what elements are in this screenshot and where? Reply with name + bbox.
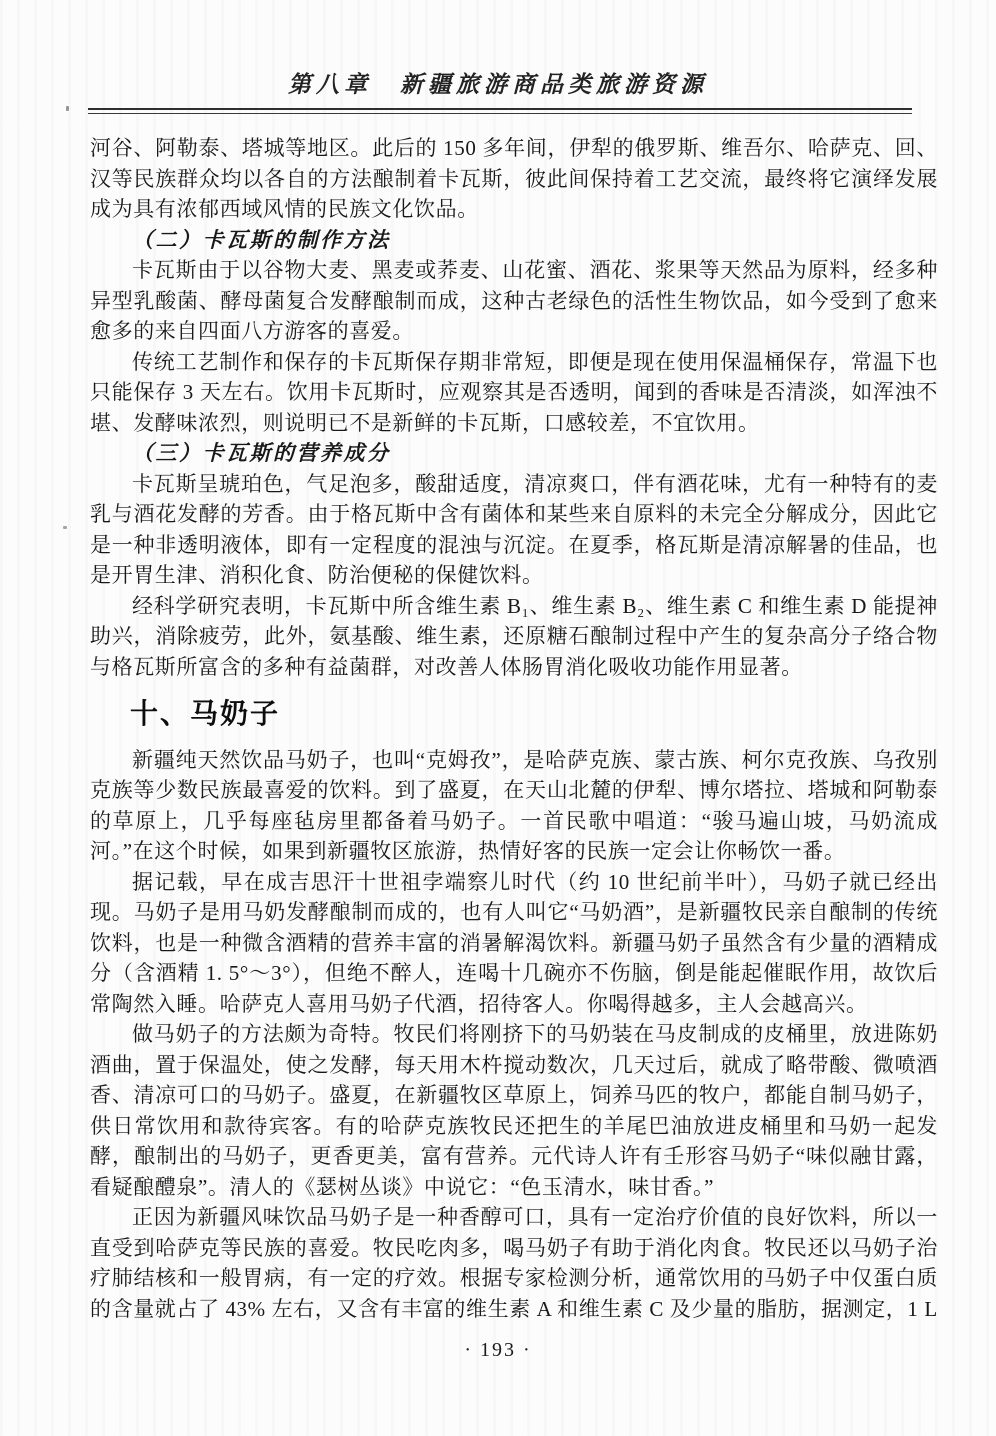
header-double-rule xyxy=(88,108,912,114)
header-rule-top-line xyxy=(88,108,912,110)
page-number: · 193 · xyxy=(0,1339,996,1362)
paragraph-kvass-research: 经科学研究表明，卡瓦斯中所含维生素 B₁、维生素 B₂、维生素 C 和维生素 D… xyxy=(90,591,938,683)
subheading-kvass-making-method: （二）卡瓦斯的制作方法 xyxy=(90,225,938,256)
section-heading-manaizi: 十、马奶子 xyxy=(130,699,938,730)
subheading-kvass-nutrition: （三）卡瓦斯的营养成分 xyxy=(90,438,938,469)
page-body: 河谷、阿勒泰、塔城等地区。此后的 150 多年间，伊犁的俄罗斯、维吾尔、哈萨克、… xyxy=(90,133,938,1324)
paragraph-kvass-history-continuation: 河谷、阿勒泰、塔城等地区。此后的 150 多年间，伊犁的俄罗斯、维吾尔、哈萨克、… xyxy=(90,133,938,225)
scan-speck xyxy=(66,106,69,111)
paragraph-manaizi-intro: 新疆纯天然饮品马奶子，也叫“克姆孜”，是哈萨克族、蒙古族、柯尔克孜族、乌孜别克族… xyxy=(90,745,938,867)
paragraph-kvass-storage: 传统工艺制作和保存的卡瓦斯保存期非常短，即便是现在使用保温桶保存，常温下也只能保… xyxy=(90,347,938,439)
scan-speck xyxy=(63,526,67,529)
running-head-chapter-title: 第八章 新疆旅游商品类旅游资源 xyxy=(0,0,996,99)
paragraph-manaizi-benefit: 正因为新疆风味饮品马奶子是一种香醇可口，具有一定治疗价值的良好饮料，所以一直受到… xyxy=(90,1202,938,1324)
paragraph-kvass-flavor: 卡瓦斯呈琥珀色，气足泡多，酸甜适度，清凉爽口，伴有酒花味，尤有一种特有的麦乳与酒… xyxy=(90,469,938,591)
scanned-book-page: 第八章 新疆旅游商品类旅游资源 河谷、阿勒泰、塔城等地区。此后的 150 多年间… xyxy=(0,0,996,1436)
paragraph-manaizi-making: 做马奶子的方法颇为奇特。牧民们将刚挤下的马奶装在马皮制成的皮桶里，放进陈奶酒曲，… xyxy=(90,1019,938,1202)
paragraph-kvass-ingredients: 卡瓦斯由于以谷物大麦、黑麦或荞麦、山花蜜、酒花、浆果等天然品为原料，经多种异型乳… xyxy=(90,255,938,347)
paragraph-manaizi-history: 据记载，早在成吉思汗十世祖孛端察儿时代（约 10 世纪前半叶），马奶子就已经出现… xyxy=(90,867,938,1020)
header-rule-bottom-line xyxy=(88,113,912,114)
